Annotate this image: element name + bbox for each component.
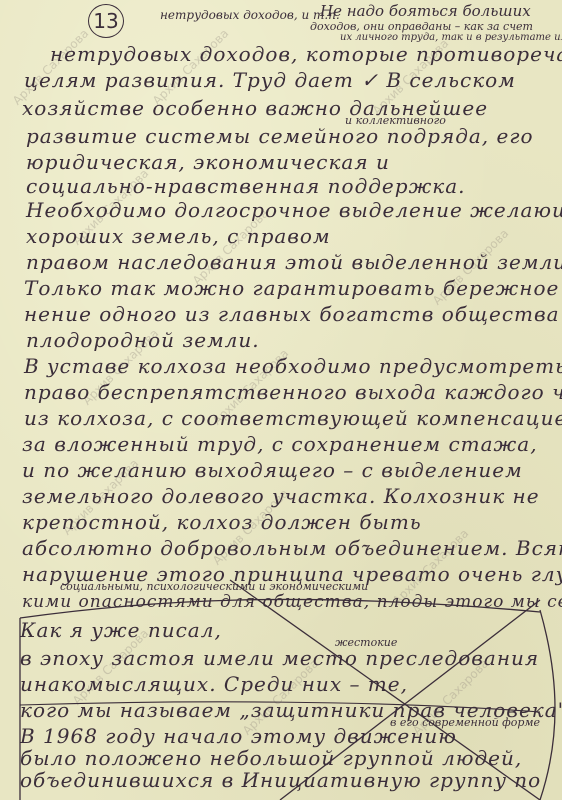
text-line: Необходимо долгосрочное выделение желающ… — [26, 198, 562, 222]
text-line: социально-нравственная поддержка. — [26, 174, 562, 198]
text-line: объединившихся в Инициативную группу по — [20, 768, 562, 792]
text-line: юридическая, экономическая и — [26, 150, 562, 174]
text-line: в эпоху застоя имели место преследования — [20, 646, 562, 670]
text-line: абсолютно добровольным объединением. Вся… — [22, 536, 562, 560]
text-line: нение одного из главных богатств обществ… — [24, 302, 562, 326]
text-line: целям развития. Труд дает ✓ В сельском — [24, 68, 562, 92]
top-insert-right-1: Не надо бояться больших — [320, 2, 531, 20]
text-line: развитие системы семейного подряда, его — [26, 124, 562, 148]
text-line: плодородной земли. — [26, 328, 562, 352]
text-line: из колхоза, с соответствующей компенсаци… — [24, 406, 562, 430]
text-line: инакомыслящих. Среди них – те, — [20, 672, 562, 696]
text-line: и по желанию выходящего – с выделением — [22, 458, 562, 482]
manuscript-page: Архив Сахарова Архив Сахарова Архив Саха… — [0, 0, 562, 800]
text-line: земельного долевого участка. Колхозник н… — [22, 484, 562, 508]
text-line: нетрудовых доходов, которые противоречат — [50, 42, 562, 66]
page-number: 13 — [88, 4, 124, 38]
text-line: кими опасностями для общества, плоды это… — [22, 592, 562, 612]
text-line: крепостной, колхоз должен быть — [22, 510, 562, 534]
text-line: за вложенный труд, с сохранением стажа, — [22, 432, 562, 456]
text-line: хороших земель, с правом — [26, 224, 562, 248]
text-line: было положено небольшой группой людей, — [20, 746, 562, 770]
text-line: хозяйстве особенно важно дальнейшее — [22, 96, 562, 120]
text-line: В 1968 году начало этому движению — [20, 724, 562, 748]
text-line: Как я уже писал, — [20, 618, 562, 642]
page-number-text: 13 — [93, 9, 118, 33]
text-line: правом наследования этой выделенной земл… — [26, 250, 562, 274]
text-line: право беспрепятственного выхода каждого … — [24, 380, 562, 404]
text-line: В уставе колхоза необходимо предусмотрет… — [24, 354, 562, 378]
text-line: Только так можно гарантировать бережное … — [24, 276, 562, 300]
